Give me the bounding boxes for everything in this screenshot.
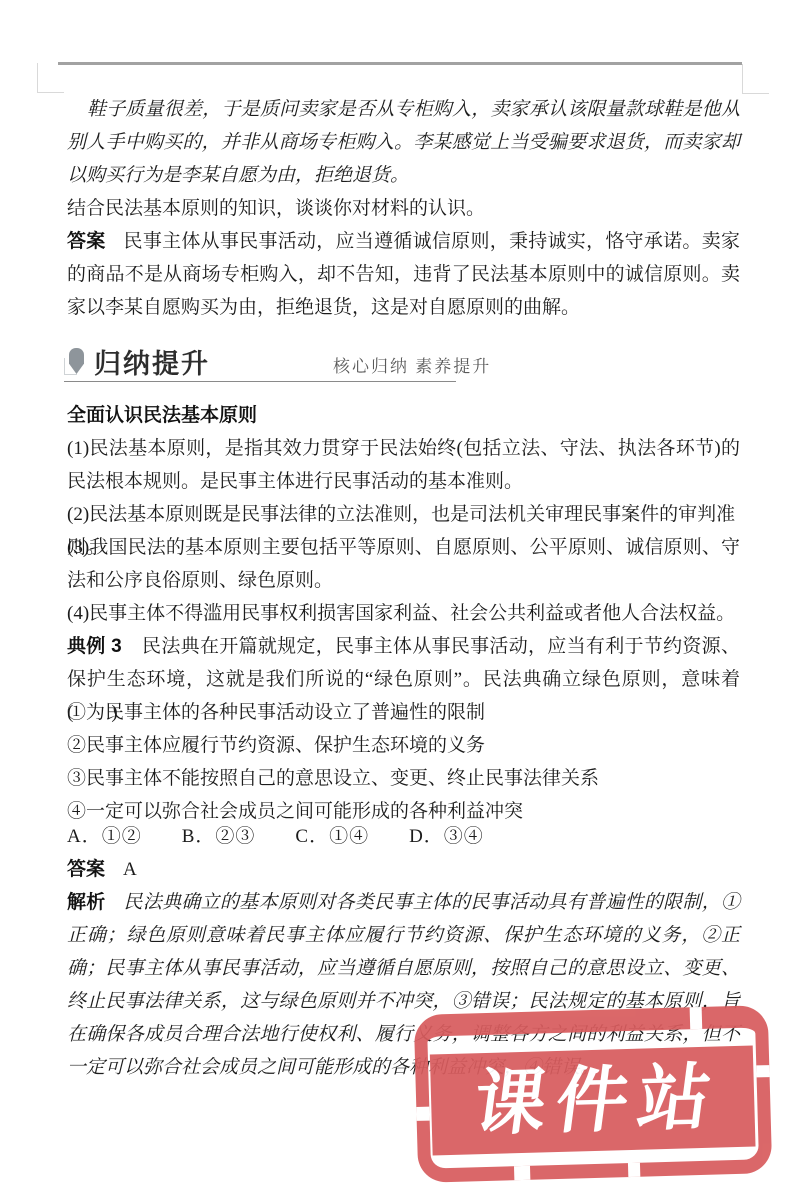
section-subtitle: 核心归纳 素养提升 xyxy=(333,352,491,377)
section-header: 归纳提升 xyxy=(64,343,210,379)
top-rule xyxy=(58,62,742,65)
example-answer-line: 答案A xyxy=(67,853,740,886)
section-underline xyxy=(64,381,456,382)
answer-paragraph: 答案民事主体从事民事活动，应当遵循诚信原则，秉持诚实，恪守承诺。卖家的商品不是从… xyxy=(67,225,740,324)
answer-label: 答案 xyxy=(67,231,106,252)
option-line-3: ③民事主体不能按照自己的意思设立、变更、终止民事法律关系 xyxy=(67,762,740,795)
watermark-stamp: 课件站 xyxy=(414,1005,773,1183)
summary-point-3: (3)我国民法的基本原则主要包括平等原则、自愿原则、公平原则、诚信原则、守法和公… xyxy=(67,531,740,597)
answer-text: 民事主体从事民事活动，应当遵循诚信原则，秉持诚实，恪守承诺。卖家的商品不是从商场… xyxy=(67,231,740,318)
watermark-text: 课件站 xyxy=(460,1061,725,1140)
option-line-2: ②民事主体应履行节约资源、保护生态环境的义务 xyxy=(67,729,740,762)
summary-heading: 全面认识民法基本原则 xyxy=(67,399,740,432)
section-title: 归纳提升 xyxy=(94,342,210,381)
cell-mark-left xyxy=(37,63,64,93)
summary-point-4: (4)民事主体不得滥用民事权利损害国家利益、社会公共利益或者他人合法权益。 xyxy=(67,597,740,630)
analysis-label: 解析 xyxy=(67,892,106,913)
example-answer-label: 答案 xyxy=(67,859,105,880)
example-answer-value: A xyxy=(123,859,137,880)
question-line: 结合民法基本原则的知识，谈谈你对材料的认识。 xyxy=(67,192,740,225)
pen-nib-icon xyxy=(64,346,86,376)
cell-mark-right xyxy=(742,64,769,94)
choices-line: A．①② B．②③ C．①④ D．③④ xyxy=(67,820,740,853)
stamp-inner: 课件站 xyxy=(430,1046,756,1156)
option-line-1: ①为民事主体的各种民事活动设立了普遍性的限制 xyxy=(67,696,740,729)
summary-point-1: (1)民法基本原则，是指其效力贯穿于民法始终(包括立法、守法、执法各环节)的民法… xyxy=(67,432,740,498)
case-paragraph: 鞋子质量很差，于是质问卖家是否从专柜购入，卖家承认该限量款球鞋是他从别人手中购买… xyxy=(67,93,740,192)
example-label: 典例 3 xyxy=(67,636,122,657)
